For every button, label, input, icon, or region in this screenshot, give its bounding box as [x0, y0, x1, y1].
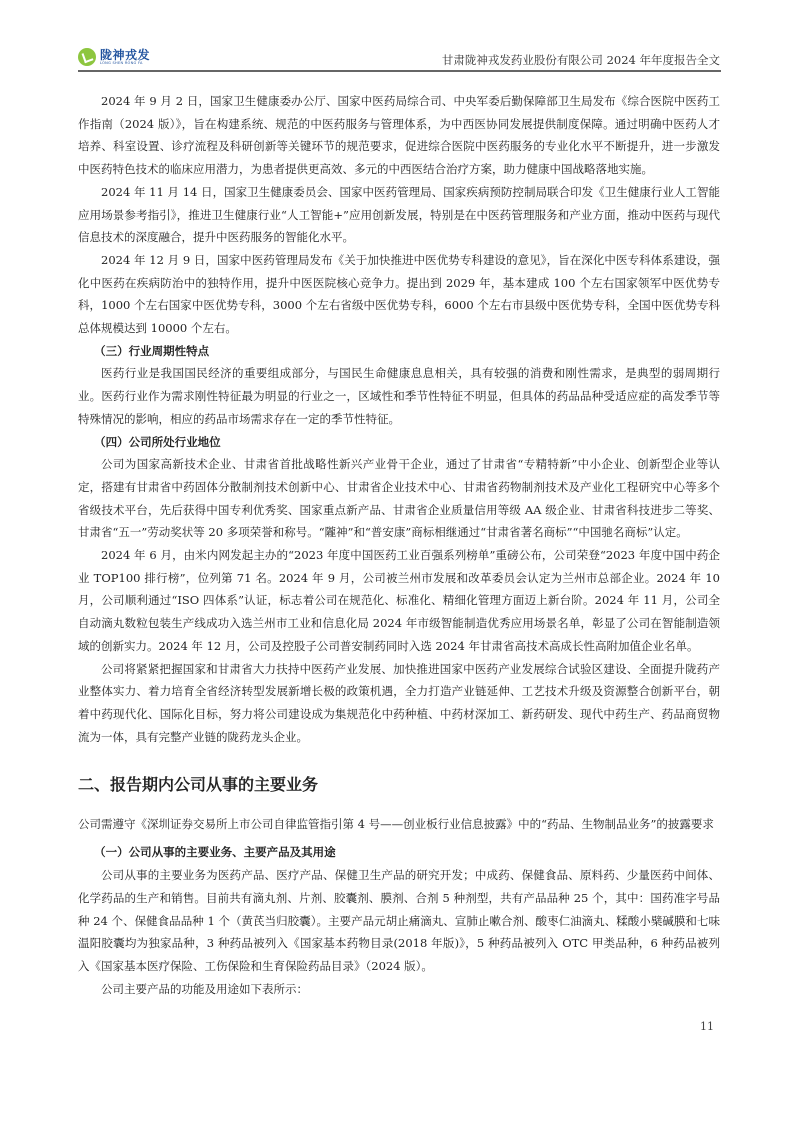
paragraph: 2024 年 9 月 2 日，国家卫生健康委办公厅、国家中医药局综合司、中央军委…	[78, 90, 720, 181]
paragraph: 2024 年 12 月 9 日，国家中医药管理局发布《关于加快推进中医优势专科建…	[78, 249, 720, 340]
paragraph: 公司主要产品的功能及用途如下表所示：	[78, 978, 720, 1001]
logo-icon	[78, 48, 96, 66]
section-heading: 二、报告期内公司从事的主要业务	[78, 774, 720, 796]
page-header: 陇神戎发 LONG SHEN RONG FA 甘肃陇神戎发药业股份有限公司 20…	[78, 48, 720, 70]
paragraph: 公司将紧紧把握国家和甘肃省大力扶持中医药产业发展、加快推进国家中医药产业发展综合…	[78, 658, 720, 749]
disclosure-note: 公司需遵守《深圳证券交易所上市公司自律监管指引第 4 号——创业板行业信息披露》…	[78, 816, 720, 833]
paragraph: 2024 年 11 月 14 日，国家卫生健康委员会、国家中医药管理局、国家疾病…	[78, 181, 720, 249]
logo-name-cn: 陇神戎发	[100, 49, 150, 61]
page-number: 11	[700, 1020, 714, 1033]
subheading-industry-cycle: （三）行业周期性特点	[78, 340, 720, 363]
company-logo: 陇神戎发 LONG SHEN RONG FA	[78, 48, 150, 66]
paragraph: 公司从事的主要业务为医药产品、医疗产品、保健卫生产品的研究开发；中成药、保健食品…	[78, 864, 720, 978]
paragraph: 公司为国家高新技术企业、甘肃省首批战略性新兴产业骨干企业，通过了甘肃省“专精特新…	[78, 453, 720, 544]
page-body: 2024 年 9 月 2 日，国家卫生健康委办公厅、国家中医药局综合司、中央军委…	[78, 90, 720, 1000]
logo-name-en: LONG SHEN RONG FA	[100, 62, 150, 66]
subheading-industry-position: （四）公司所处行业地位	[78, 431, 720, 454]
header-divider	[78, 70, 721, 72]
report-title: 甘肃陇神戎发药业股份有限公司 2024 年年度报告全文	[442, 52, 720, 68]
paragraph: 医药行业是我国国民经济的重要组成部分，与国民生命健康息息相关，具有较强的消费和刚…	[78, 362, 720, 430]
paragraph: 2024 年 6 月，由米内网发起主办的“2023 年度中国医药工业百强系列榜单…	[78, 544, 720, 658]
subheading-main-business: （一）公司从事的主要业务、主要产品及其用途	[78, 841, 720, 864]
